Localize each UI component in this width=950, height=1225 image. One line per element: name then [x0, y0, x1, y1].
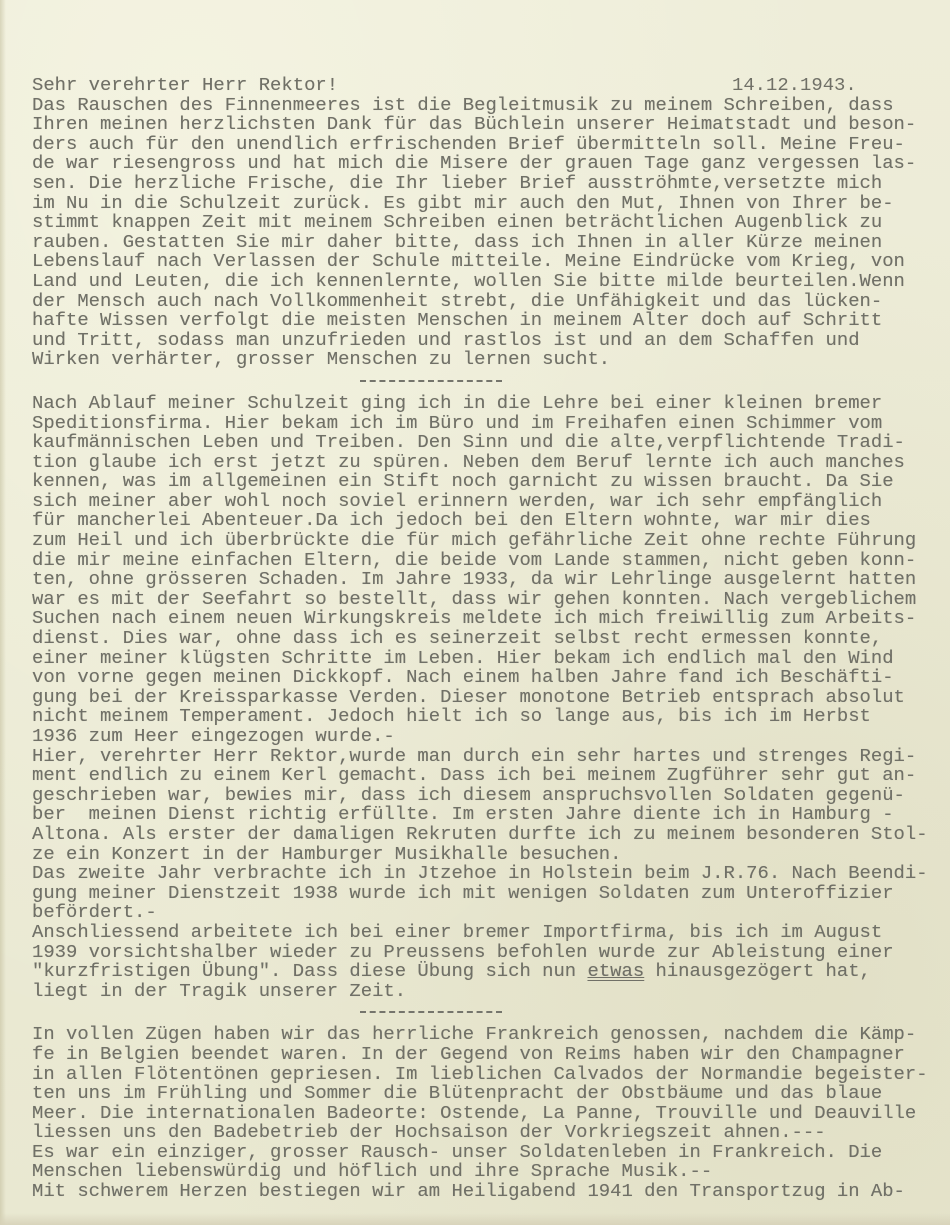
paper-edge — [0, 0, 6, 1225]
text-line: sen. Die herzliche Frische, die Ihr lieb… — [32, 174, 942, 194]
text-line: stimmt knappen Zeit mit meinem Schreiben… — [32, 213, 942, 233]
text-line: kaufmännischen Leben und Treiben. Den Si… — [32, 433, 942, 453]
paper-bottom-edge — [0, 1213, 950, 1225]
text-line: Lebenslauf nach Verlassen der Schule mit… — [32, 252, 942, 272]
text-line: ten, ohne grösseren Schaden. Im Jahre 19… — [32, 570, 942, 590]
text-line: hafte Wissen verfolgt die meisten Mensch… — [32, 311, 942, 331]
text-line: Ihren meinen herzlichsten Dank für das B… — [32, 115, 942, 135]
text-line: kennen, was im allgemeinen ein Stift noc… — [32, 472, 942, 492]
text-line: liessen uns den Badebetrieb der Hochsais… — [32, 1123, 942, 1143]
text-line: Das zweite Jahr verbrachte ich in Jtzeho… — [32, 864, 942, 884]
text-line: Anschliessend arbeitete ich bei einer br… — [32, 923, 942, 943]
text-line: ten uns im Frühling und Sommer die Blüte… — [32, 1084, 942, 1104]
typewritten-letter: Sehr verehrter Herr Rektor! 14.12.1943. … — [32, 76, 942, 1202]
section-divider — [32, 370, 942, 394]
paragraph-career: Nach Ablauf meiner Schulzeit ging ich in… — [32, 394, 942, 962]
section-divider — [32, 1001, 942, 1025]
salutation: Sehr verehrter Herr Rektor! — [32, 74, 338, 96]
letter-date: 14.12.1943. — [732, 76, 857, 96]
text-line: "kurzfristigen Übung". Dass diese Übung … — [32, 962, 942, 982]
header-row: Sehr verehrter Herr Rektor! 14.12.1943. — [32, 76, 942, 96]
text-line: dienst. Dies war, ohne dass ich es seine… — [32, 629, 942, 649]
text-line: befördert.- — [32, 903, 942, 923]
text-line: liegt in der Tragik unserer Zeit. — [32, 982, 942, 1002]
text-line: von vorne gegen meinen Dickkopf. Nach ei… — [32, 668, 942, 688]
text-line: fe in Belgien beendet waren. In der Gege… — [32, 1045, 942, 1065]
text-line: Mit schwerem Herzen bestiegen wir am Hei… — [32, 1182, 942, 1202]
text-line: Altona. Als erster der damaligen Rekrute… — [32, 825, 942, 845]
paragraph-intro: Das Rauschen des Finnenmeeres ist die Be… — [32, 96, 942, 370]
text-line: Nach Ablauf meiner Schulzeit ging ich in… — [32, 394, 942, 414]
text-line: ment endlich zu einem Kerl gemacht. Dass… — [32, 766, 942, 786]
text-line: In vollen Zügen haben wir das herrliche … — [32, 1025, 942, 1045]
text-line: gung meiner Dienstzeit 1938 wurde ich mi… — [32, 884, 942, 904]
text-line: Wirken verhärter, grosser Menschen zu le… — [32, 350, 942, 370]
letter-page: Sehr verehrter Herr Rektor! 14.12.1943. … — [0, 0, 950, 1225]
text-line: 1936 zum Heer eingezogen wurde.- — [32, 727, 942, 747]
text-line: Land und Leuten, die ich kennenlernte, w… — [32, 272, 942, 292]
underlined-word: etwas — [587, 960, 644, 982]
text-line: zum Heil und ich überbrückte die für mic… — [32, 531, 942, 551]
paragraph-france: In vollen Zügen haben wir das herrliche … — [32, 1025, 942, 1201]
